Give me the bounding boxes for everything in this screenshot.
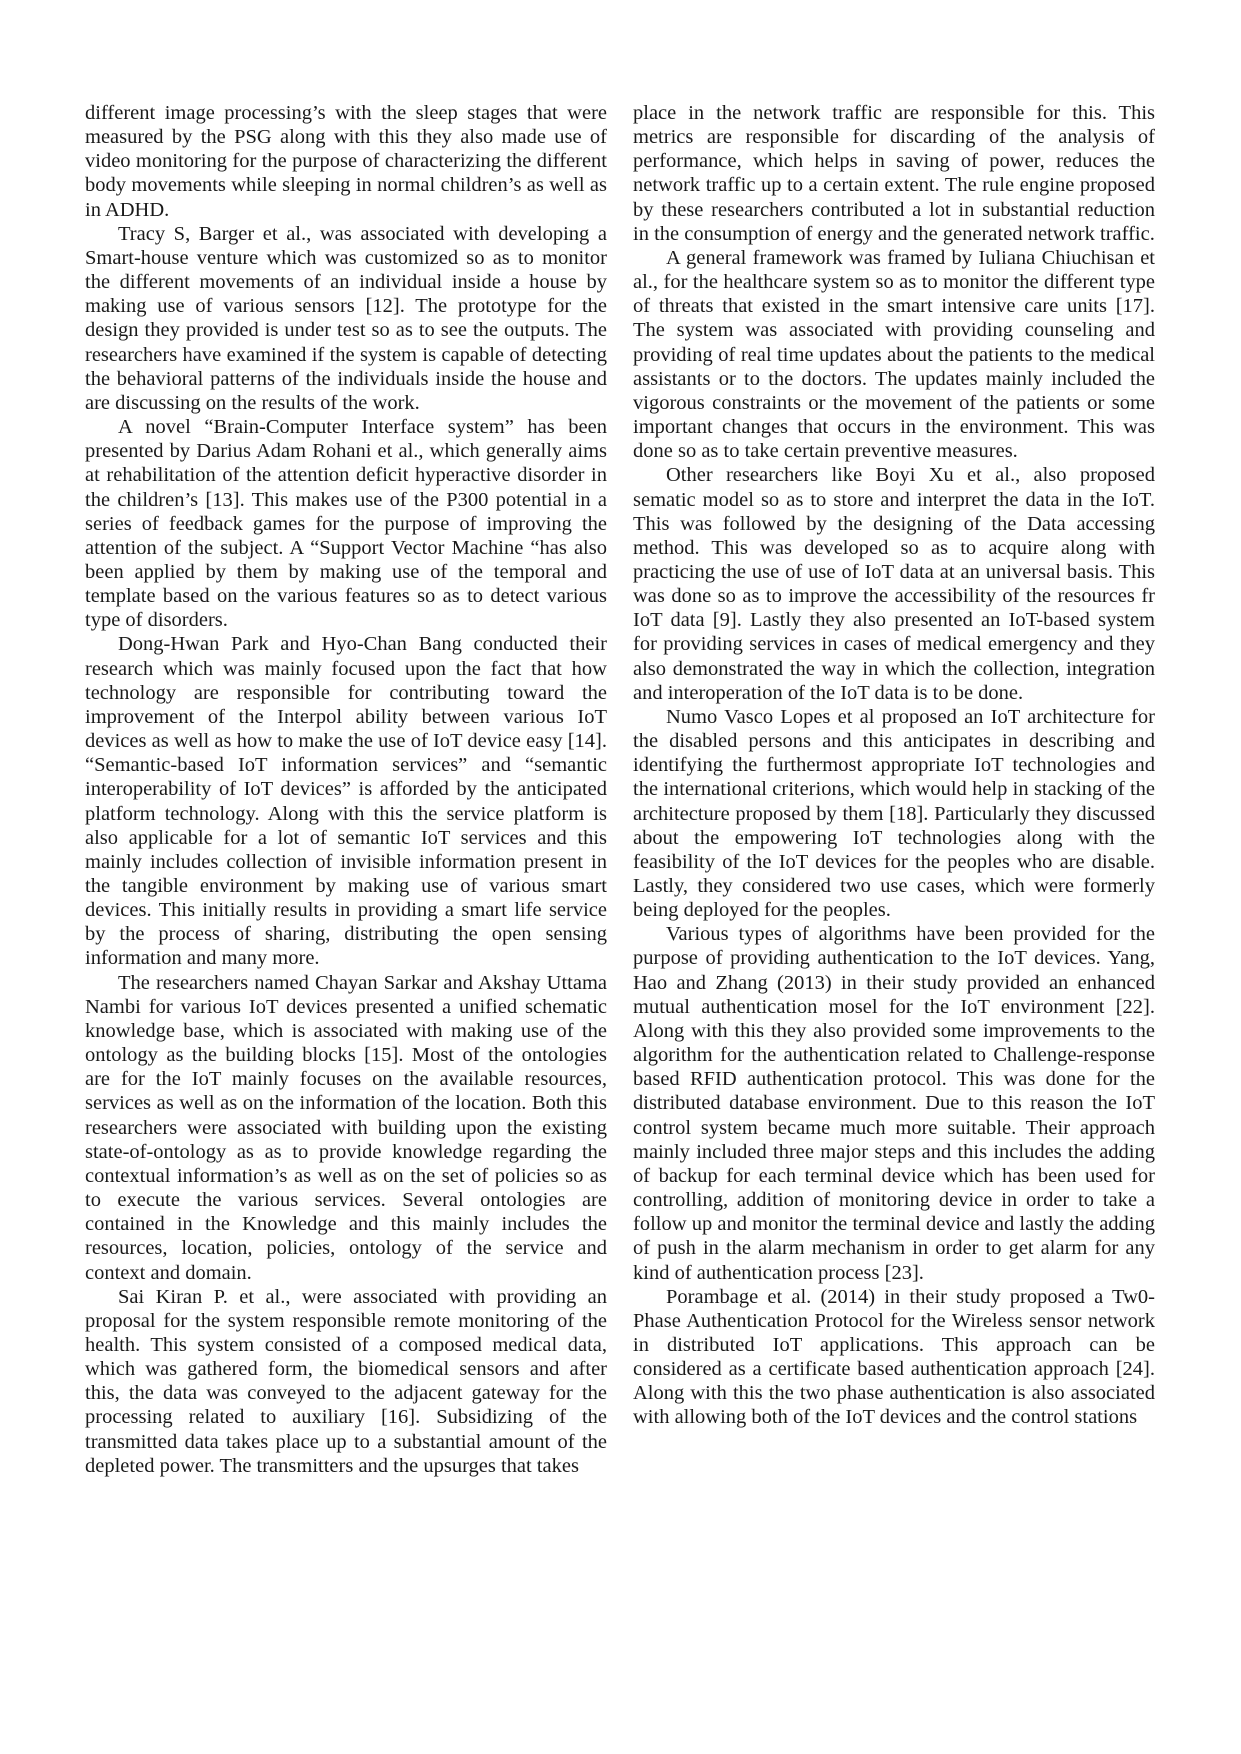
document-page: different image processing’s with the sl… (0, 0, 1241, 1754)
paragraph: Numo Vasco Lopes et al proposed an IoT a… (633, 705, 1155, 922)
paragraph: Sai Kiran P. et al., were associated wit… (85, 1285, 607, 1478)
paragraph: A general framework was framed by Iulian… (633, 246, 1155, 463)
paragraph: Other researchers like Boyi Xu et al., a… (633, 463, 1155, 705)
paragraph: Various types of algorithms have been pr… (633, 922, 1155, 1284)
right-column: place in the network traffic are respons… (633, 101, 1155, 1478)
paragraph: A novel “Brain-Computer Interface system… (85, 415, 607, 632)
paragraph: Porambage et al. (2014) in their study p… (633, 1285, 1155, 1430)
paragraph: The researchers named Chayan Sarkar and … (85, 971, 607, 1285)
paragraph: different image processing’s with the sl… (85, 101, 607, 222)
paragraph: Tracy S, Barger et al., was associated w… (85, 222, 607, 415)
left-column: different image processing’s with the sl… (85, 101, 607, 1478)
two-column-text-block: different image processing’s with the sl… (85, 101, 1155, 1478)
paragraph: Dong-Hwan Park and Hyo-Chan Bang conduct… (85, 632, 607, 970)
paragraph: place in the network traffic are respons… (633, 101, 1155, 246)
